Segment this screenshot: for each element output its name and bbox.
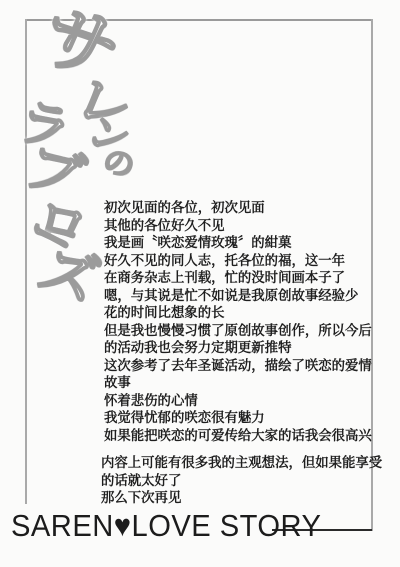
footer-logo: SAREN♥LOVE STORY — [11, 508, 321, 544]
afterword-line: 初次见面的各位，初次见面 — [104, 200, 400, 218]
afterword-line: 故事 — [104, 375, 400, 393]
afterword-line: 其他的各位好久不见 — [104, 218, 400, 236]
afterword-line: 但是我也慢慢习惯了原创故事创作，所以今后 — [104, 323, 400, 341]
afterword-line: 嗯，与其说是忙不如说是我原创故事经验少 — [104, 288, 400, 306]
afterword-line: 我觉得忧郁的咲恋很有魅力 — [104, 410, 400, 428]
afterword-page: サ レ ン の ラ ブ ロ ー ズ 初次见面的各位，初次见面 其他的各位好久不见… — [0, 0, 400, 567]
afterword-line: 那么下次再见 — [101, 490, 400, 508]
afterword-line: 的话就太好了 — [101, 473, 400, 491]
frame-left-line — [25, 19, 27, 504]
afterword-line: 在商务杂志上刊载，忙的没时间画本子了 — [104, 270, 400, 288]
afterword-line: 内容上可能有很多我的主观想法，但如果能享受 — [101, 455, 400, 473]
afterword-line: 我是画〝咲恋爱情玫瑰〞的紺菓 — [104, 235, 400, 253]
afterword-line: 的活动我也会努力定期更新推特 — [104, 340, 400, 358]
afterword-line: 花的时间比想象的长 — [104, 305, 400, 323]
afterword-text-block: 初次见面的各位，初次见面 其他的各位好久不见 我是画〝咲恋爱情玫瑰〞的紺菓 好久… — [104, 200, 400, 508]
afterword-line: 如果能把咲恋的可爱传给大家的话我会很高兴 — [104, 428, 400, 446]
afterword-line: 怀着悲伤的心情 — [104, 393, 400, 411]
afterword-line: 好久不见的同人志，托各位的福，这一年 — [104, 253, 400, 271]
afterword-line: 这次参考了去年圣诞活动，描绘了咲恋的爱情 — [104, 358, 400, 376]
